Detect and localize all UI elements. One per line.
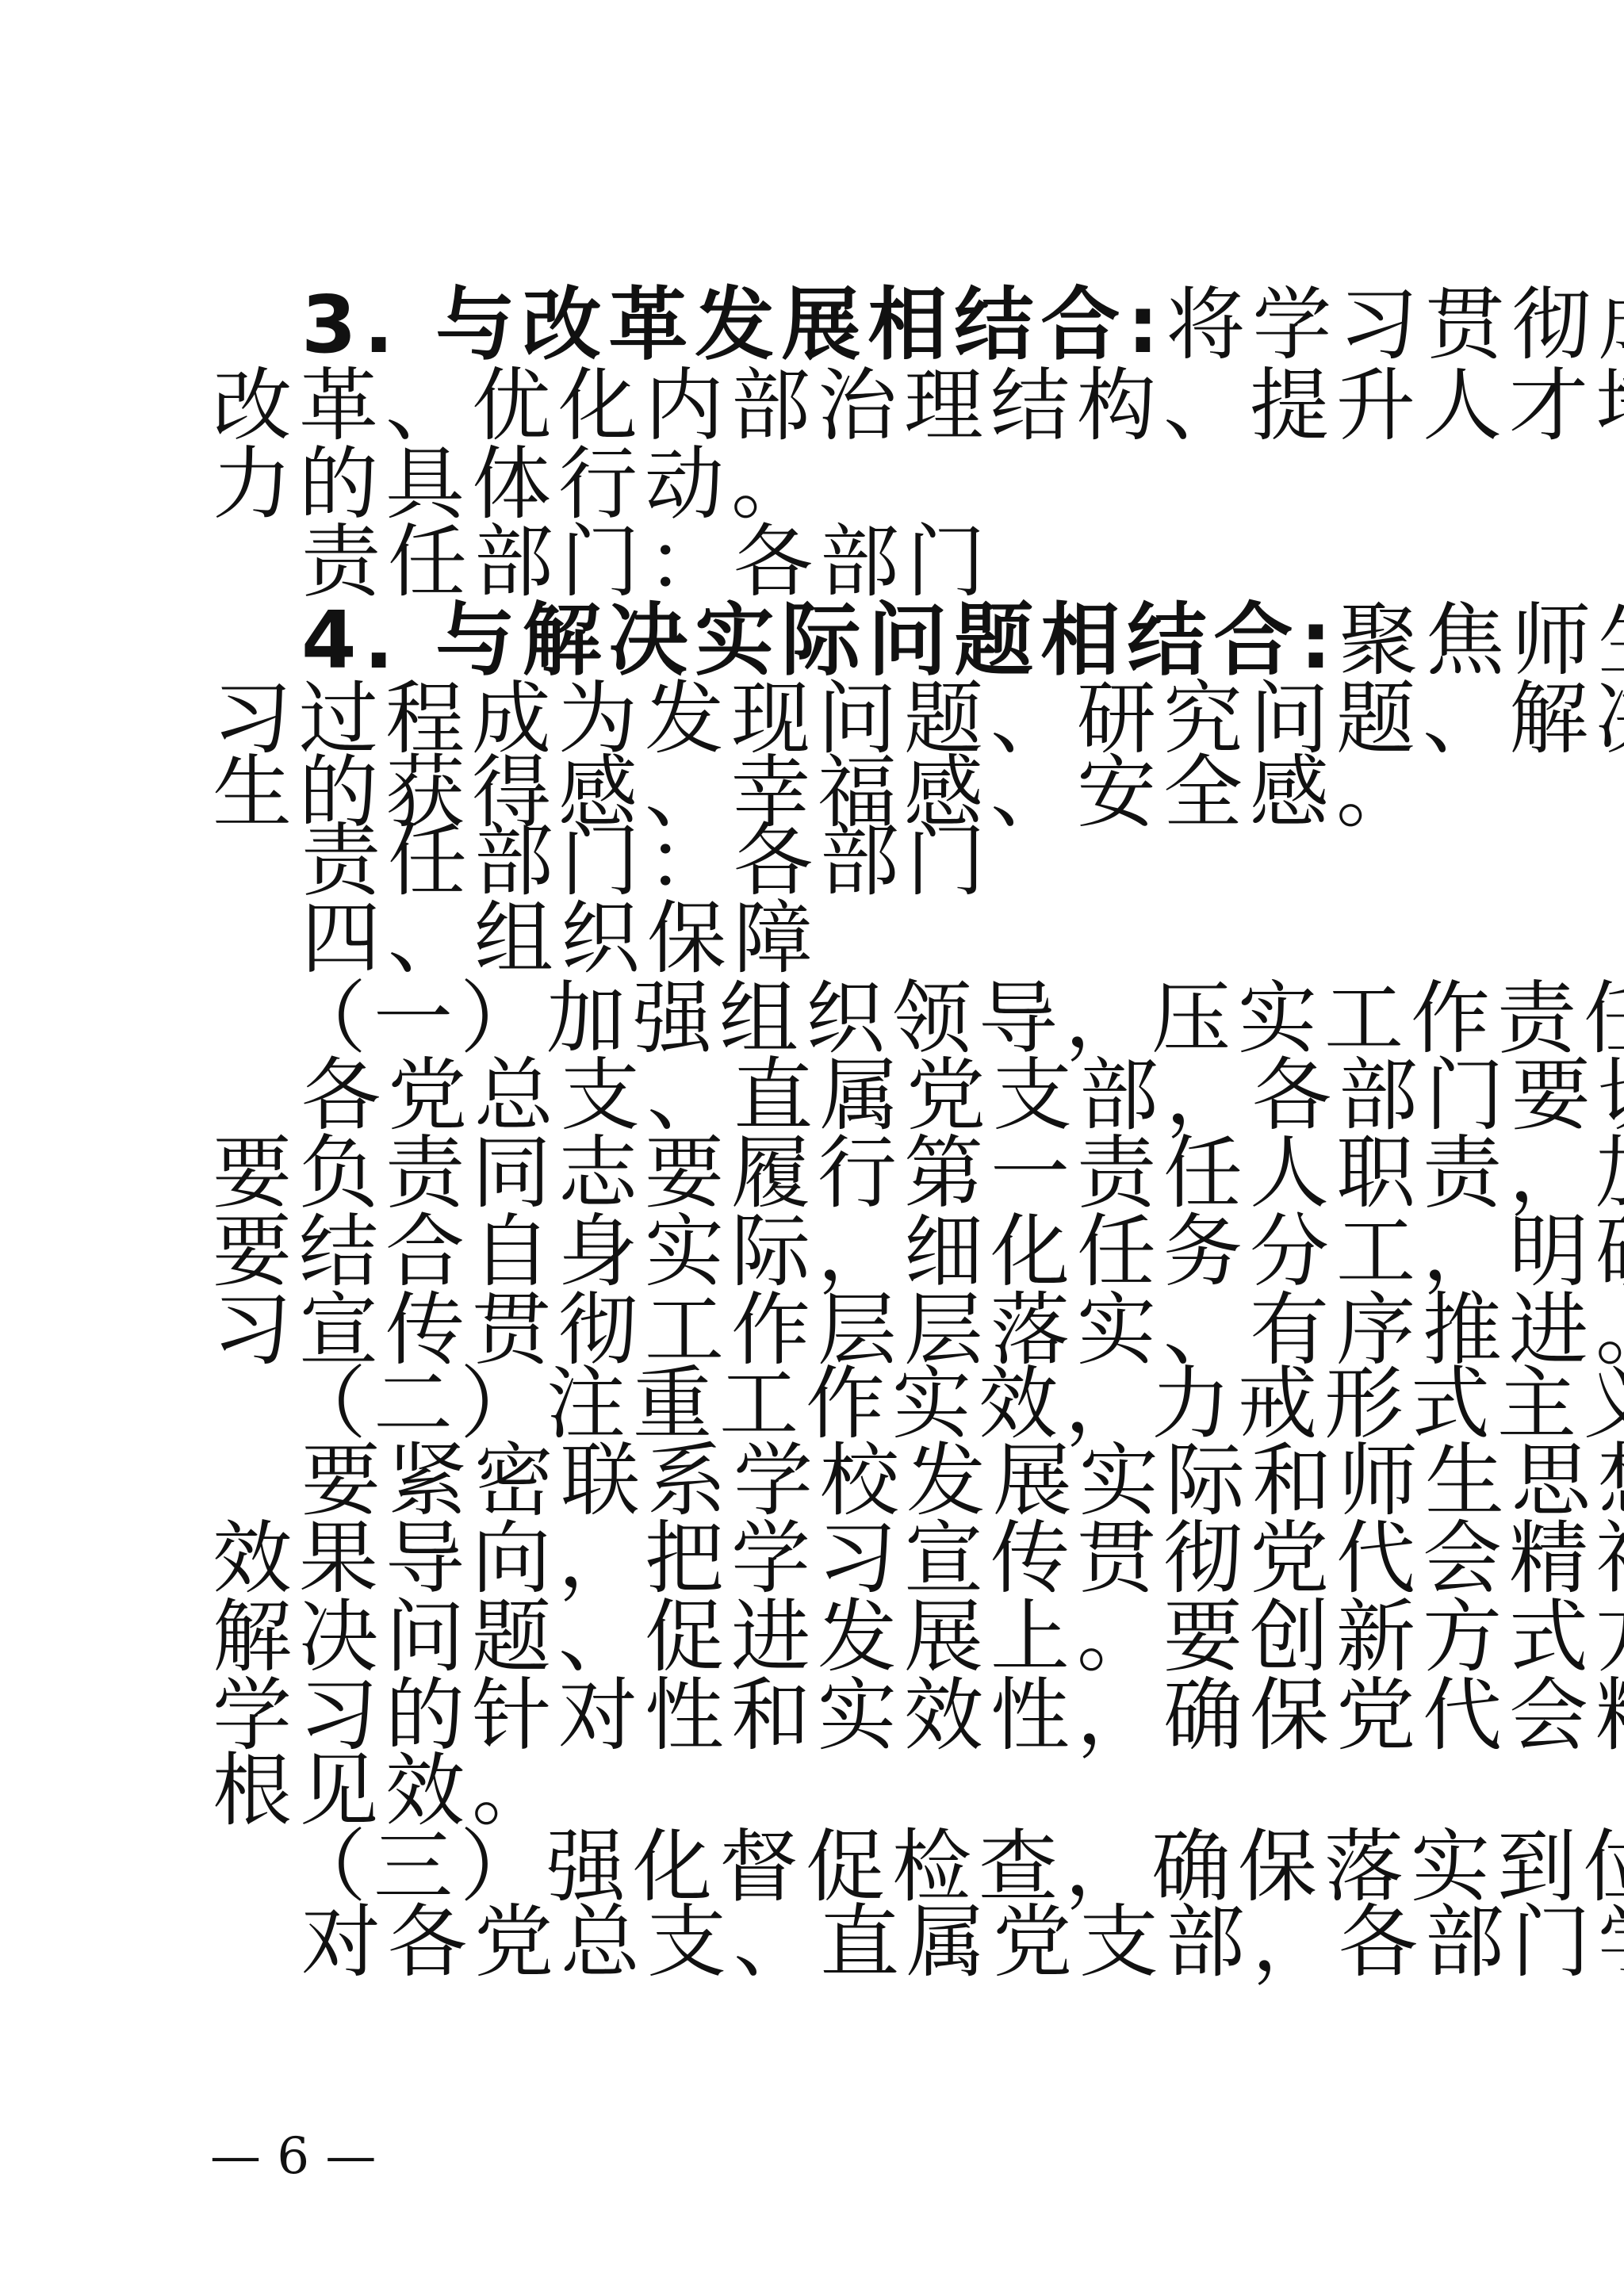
item-3-label: 3. 与改革发展相结合:	[301, 278, 1166, 371]
document-page: 3. 与改革发展相结合:将学习贯彻成果转化为深化教育教学 改革、优化内部治理结构…	[0, 0, 1624, 2296]
item-3-text: 将学习贯彻成果转化为深化教育教学	[1166, 278, 1624, 371]
subsection-3-line-1: 对各党总支、直属党支部，各部门学习宣传贯彻情况进行专	[301, 1895, 1426, 1990]
page-number: — 6 —	[210, 2125, 376, 2188]
